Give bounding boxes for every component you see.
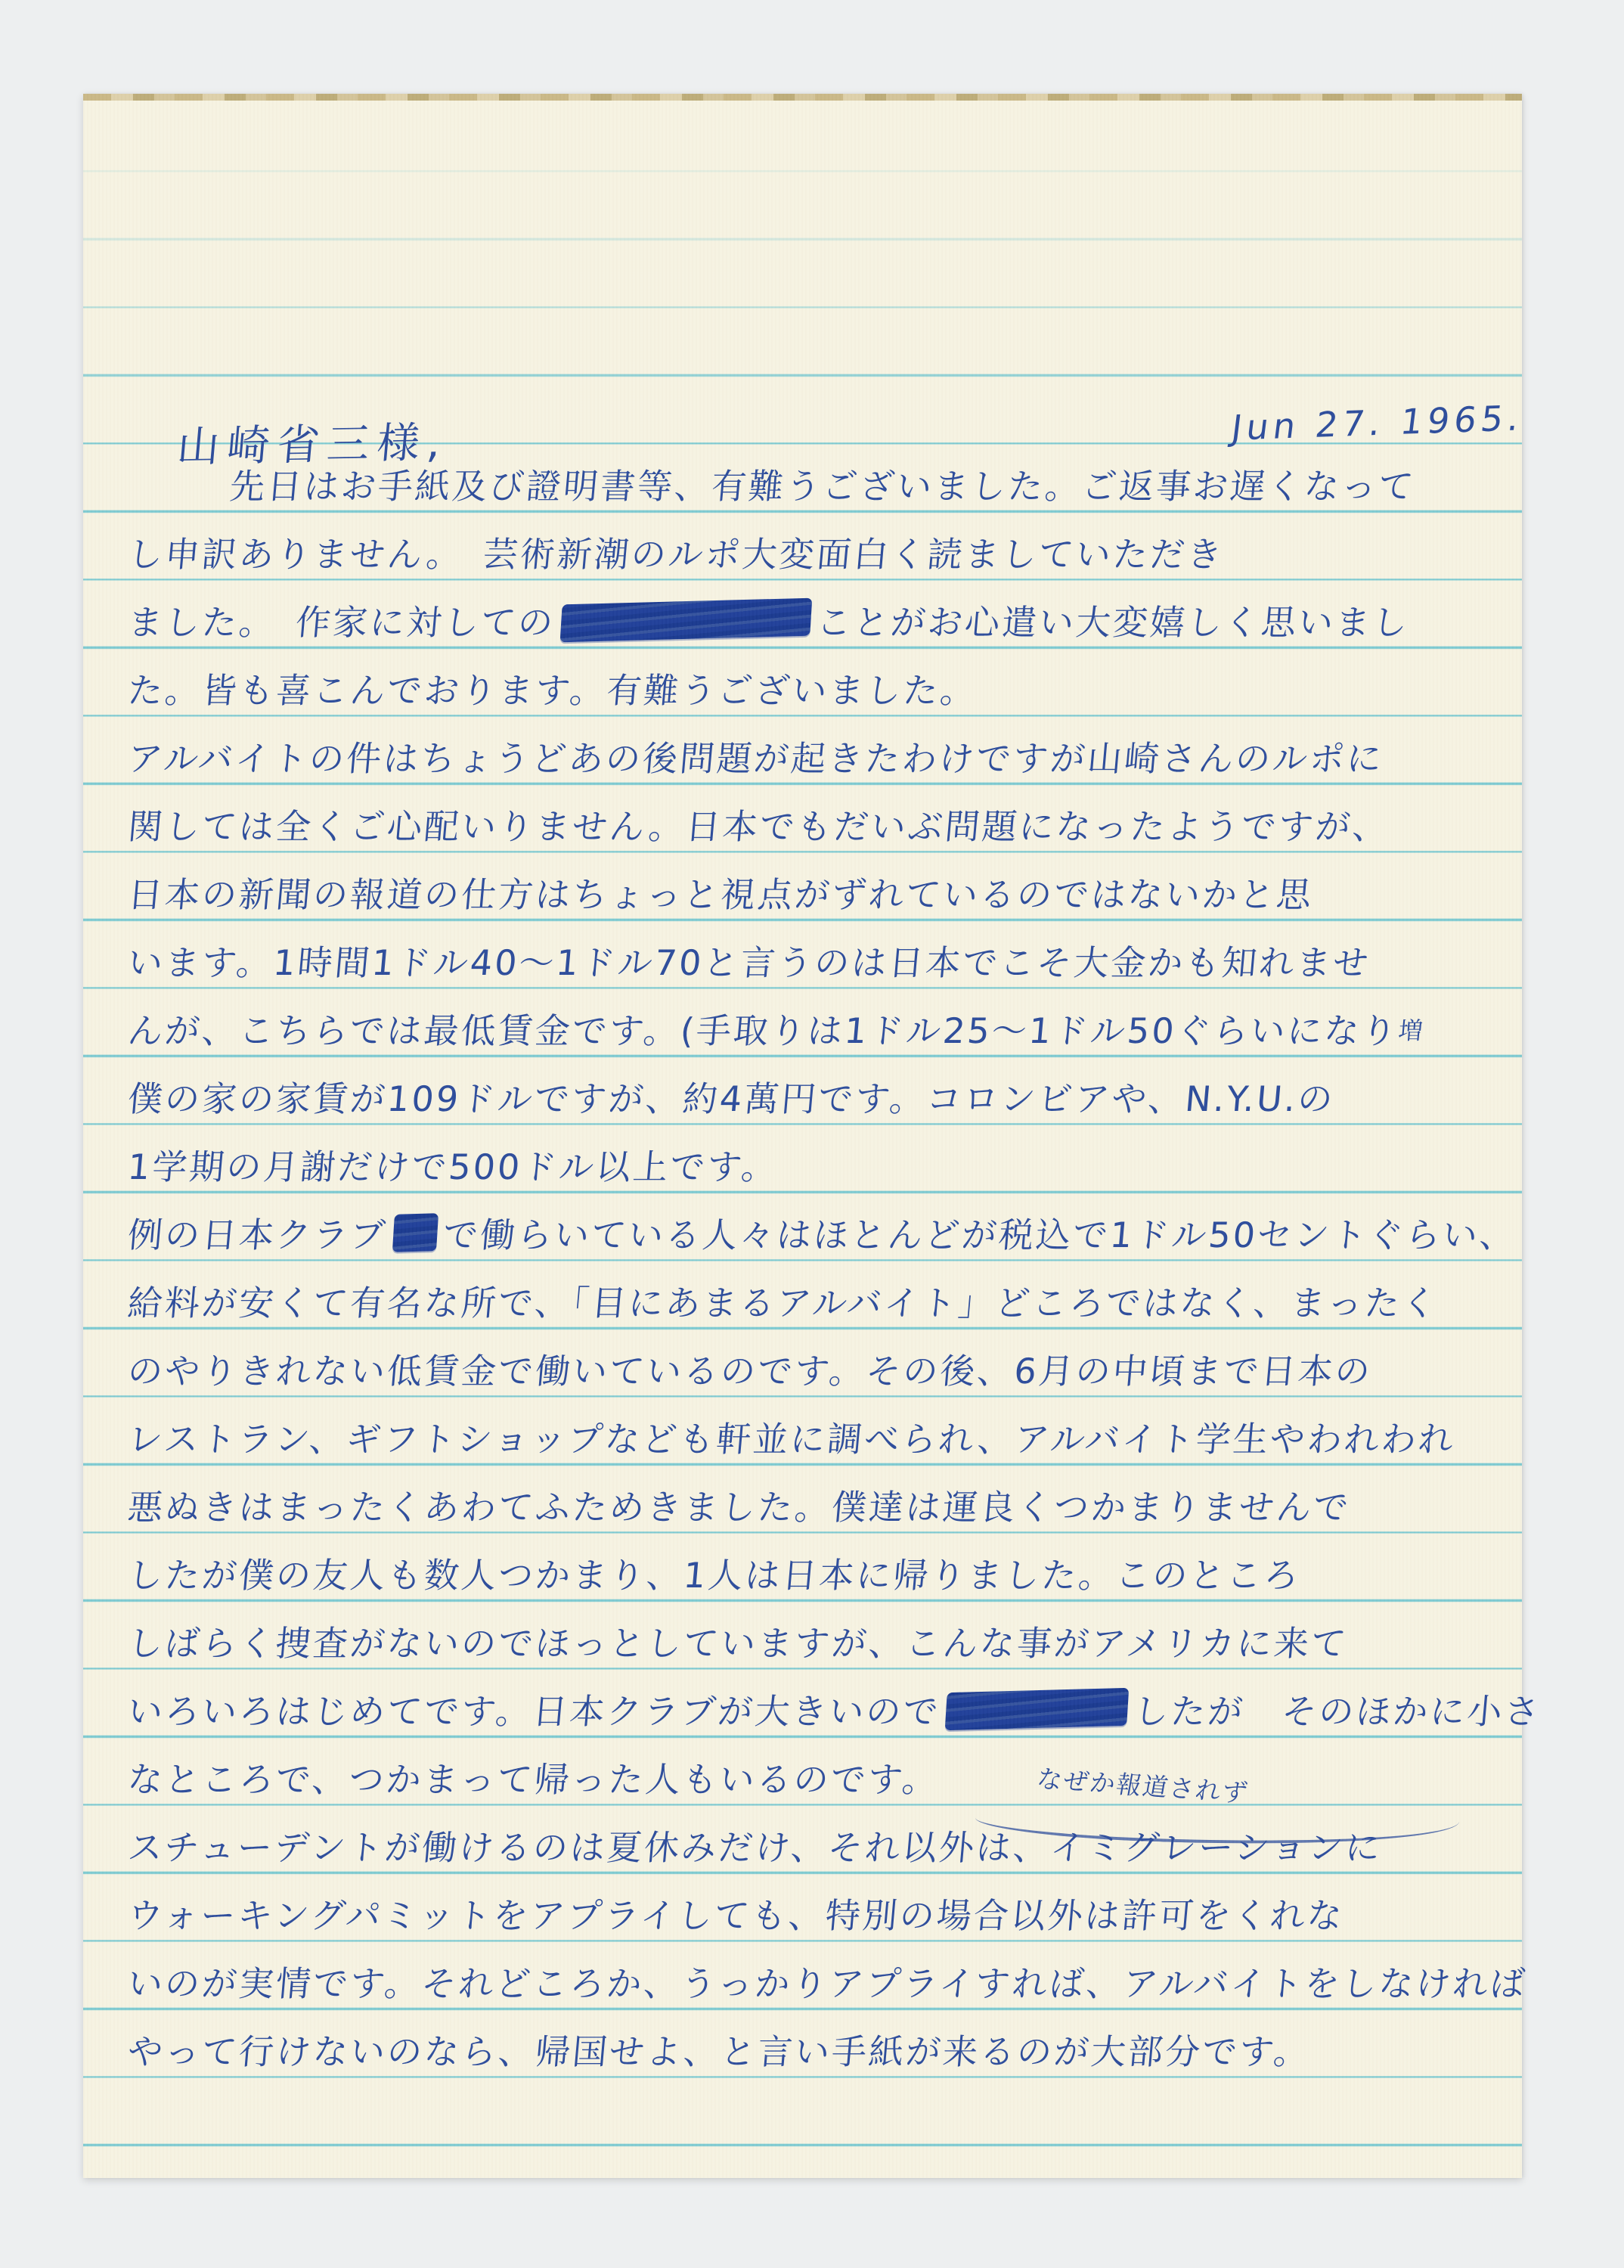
handwriting-line: んが、こちらでは最低賃金です。(手取りは1ドル25〜1ドル50ぐらいになり増 — [125, 1001, 1425, 1067]
ruled-lines-fade — [83, 94, 1522, 419]
handwriting-text: 僕の家の家賃が109ドルですが、約4萬円です。コロンビアや、N.Y.U.の — [126, 1078, 1337, 1119]
handwriting-line: し申訳ありません。 芸術新潮のルポ大変面白く読ましていただき — [125, 524, 1226, 591]
handwriting-line: しばらく捜査がないのでほっとしていますが、こんな事がアメリカに来て — [125, 1613, 1350, 1680]
handwriting-line: 僕の家の家賃が109ドルですが、約4萬円です。コロンビアや、N.Y.U.の — [125, 1069, 1337, 1135]
handwriting-text: ウォーキングパミットをアプライしても、特別の場合以外は許可をくれな — [126, 1895, 1346, 1936]
handwriting-line: います。1時間1ドル40〜1ドル70と言うのは日本でこそ大金かも知れませ — [125, 932, 1373, 999]
handwriting-text: しばらく捜査がないのでほっとしていますが、こんな事がアメリカに来て — [126, 1623, 1350, 1664]
handwriting-text: 給料が安くて有名な所で、「目にあまるアルバイト」どころではなく、まったく — [126, 1283, 1440, 1323]
handwriting-text: 1学期の月謝だけで500ドル以上です。 — [126, 1146, 780, 1187]
handwriting-text: ました。 作家に対しての — [126, 602, 557, 643]
handwriting-text: アルバイトの件はちょうどあの後問題が起きたわけですが山崎さんのルポに — [126, 738, 1386, 779]
handwriting-line: やって行けないのなら、帰国せよ、と言い手紙が来るのが大部分です。 — [125, 2021, 1313, 2088]
handwriting-text: いろいろはじめてです。日本クラブが大きいので — [126, 1691, 942, 1732]
handwriting-line: いろいろはじめてです。日本クラブが大きいのでしたが そのほかに小さ — [125, 1681, 1544, 1748]
handwriting-text: のやりきれない低賃金で働いているのです。その後、6月の中頃まで日本の — [126, 1351, 1374, 1392]
handwriting-line: ウォーキングパミットをアプライしても、特別の場合以外は許可をくれな — [125, 1885, 1347, 1952]
scribbled-out-ink — [945, 1687, 1130, 1730]
torn-paper-edge — [83, 94, 1522, 101]
handwriting-text: やって行けないのなら、帰国せよ、と言い手紙が来るのが大部分です。 — [126, 2031, 1313, 2072]
handwriting-text: したが僕の友人も数人つかまり、1人は日本に帰りました。このところ — [126, 1555, 1303, 1596]
handwriting-line: た。皆も喜こんでおります。有難うございました。 — [125, 660, 980, 727]
scan-background: { "document": { "type": "handwritten-let… — [0, 0, 1624, 2268]
handwriting-text: 例の日本クラブ — [126, 1215, 389, 1255]
margin-insert-text: 増 — [1397, 1016, 1424, 1045]
handwriting-text: したが そのほかに小さ — [1132, 1691, 1543, 1732]
handwriting-text: んが、こちらでは最低賃金です。(手取りは1ドル25〜1ドル50ぐらいになり — [126, 1010, 1400, 1051]
handwriting-line: 給料が安くて有名な所で、「目にあまるアルバイト」どころではなく、まったく — [125, 1273, 1441, 1339]
handwriting-text: で働らいている人々はほとんどが税込で1ドル50セントぐらい、 — [442, 1215, 1519, 1255]
handwriting-text: 関しては全くご心配いりません。日本でもだいぶ問題になったようですが、 — [126, 806, 1391, 847]
handwriting-line: 悪ぬきはまったくあわてふためきました。僕達は運良くつかまりませんで — [125, 1477, 1353, 1544]
handwriting-text: た。皆も喜こんでおります。有難うございました。 — [126, 670, 979, 711]
handwriting-text: ことがお心遣い大変嬉しく思いまし — [815, 602, 1412, 643]
handwriting-text: います。1時間1ドル40〜1ドル70と言うのは日本でこそ大金かも知れませ — [126, 942, 1372, 983]
handwriting-line: 先日はお手紙及び證明書等、有難うございました。ご返事お遅くなって — [227, 456, 1418, 523]
handwriting-text: 先日はお手紙及び證明書等、有難うございました。ご返事お遅くなって — [228, 466, 1418, 507]
handwriting-line: レストラン、ギフトショップなども軒並に調べられ、アルバイト学生やわれわれ — [125, 1409, 1458, 1475]
handwriting-line: 1学期の月謝だけで500ドル以上です。 — [125, 1137, 781, 1203]
handwriting-text: なところで、つかまって帰った人もいるのです。 — [126, 1759, 941, 1800]
handwriting-line: したが僕の友人も数人つかまり、1人は日本に帰りました。このところ — [125, 1545, 1303, 1612]
handwriting-line: のやりきれない低賃金で働いているのです。その後、6月の中頃まで日本の — [125, 1341, 1375, 1407]
handwriting-text: いのが実情です。それどころか、うっかりアプライすれば、アルバイトをしなければ — [126, 1963, 1529, 2004]
handwriting-line: 日本の新聞の報道の仕方はちょっと視点がずれているのではないかと思 — [125, 864, 1316, 931]
handwriting-text: 日本の新聞の報道の仕方はちょっと視点がずれているのではないかと思 — [126, 874, 1316, 915]
handwriting-line: アルバイトの件はちょうどあの後問題が起きたわけですが山崎さんのルポに — [125, 728, 1387, 795]
letter-paper: 山崎省三様, Jun 27. 1965. 先日はお手紙及び證明書等、有難うござい… — [83, 94, 1522, 2178]
handwriting-text: し申訳ありません。 芸術新潮のルポ大変面白く読ましていただき — [126, 534, 1226, 575]
handwriting-line: なところで、つかまって帰った人もいるのです。 — [125, 1749, 942, 1816]
handwriting-text: 悪ぬきはまったくあわてふためきました。僕達は運良くつかまりませんで — [126, 1487, 1353, 1528]
handwriting-text: レストラン、ギフトショップなども軒並に調べられ、アルバイト学生やわれわれ — [126, 1419, 1457, 1460]
scribbled-out-ink — [392, 1213, 439, 1252]
scribbled-out-ink — [560, 597, 813, 642]
handwriting-line: いのが実情です。それどころか、うっかりアプライすれば、アルバイトをしなければ — [125, 1953, 1529, 2020]
handwriting-line: 関しては全くご心配いりません。日本でもだいぶ問題になったようですが、 — [125, 796, 1392, 863]
handwriting-line: 例の日本クラブで働らいている人々はほとんどが税込で1ドル50セントぐらい、 — [125, 1205, 1520, 1271]
handwriting-line: ました。 作家に対してのことがお心遣い大変嬉しく思いまし — [125, 592, 1412, 659]
